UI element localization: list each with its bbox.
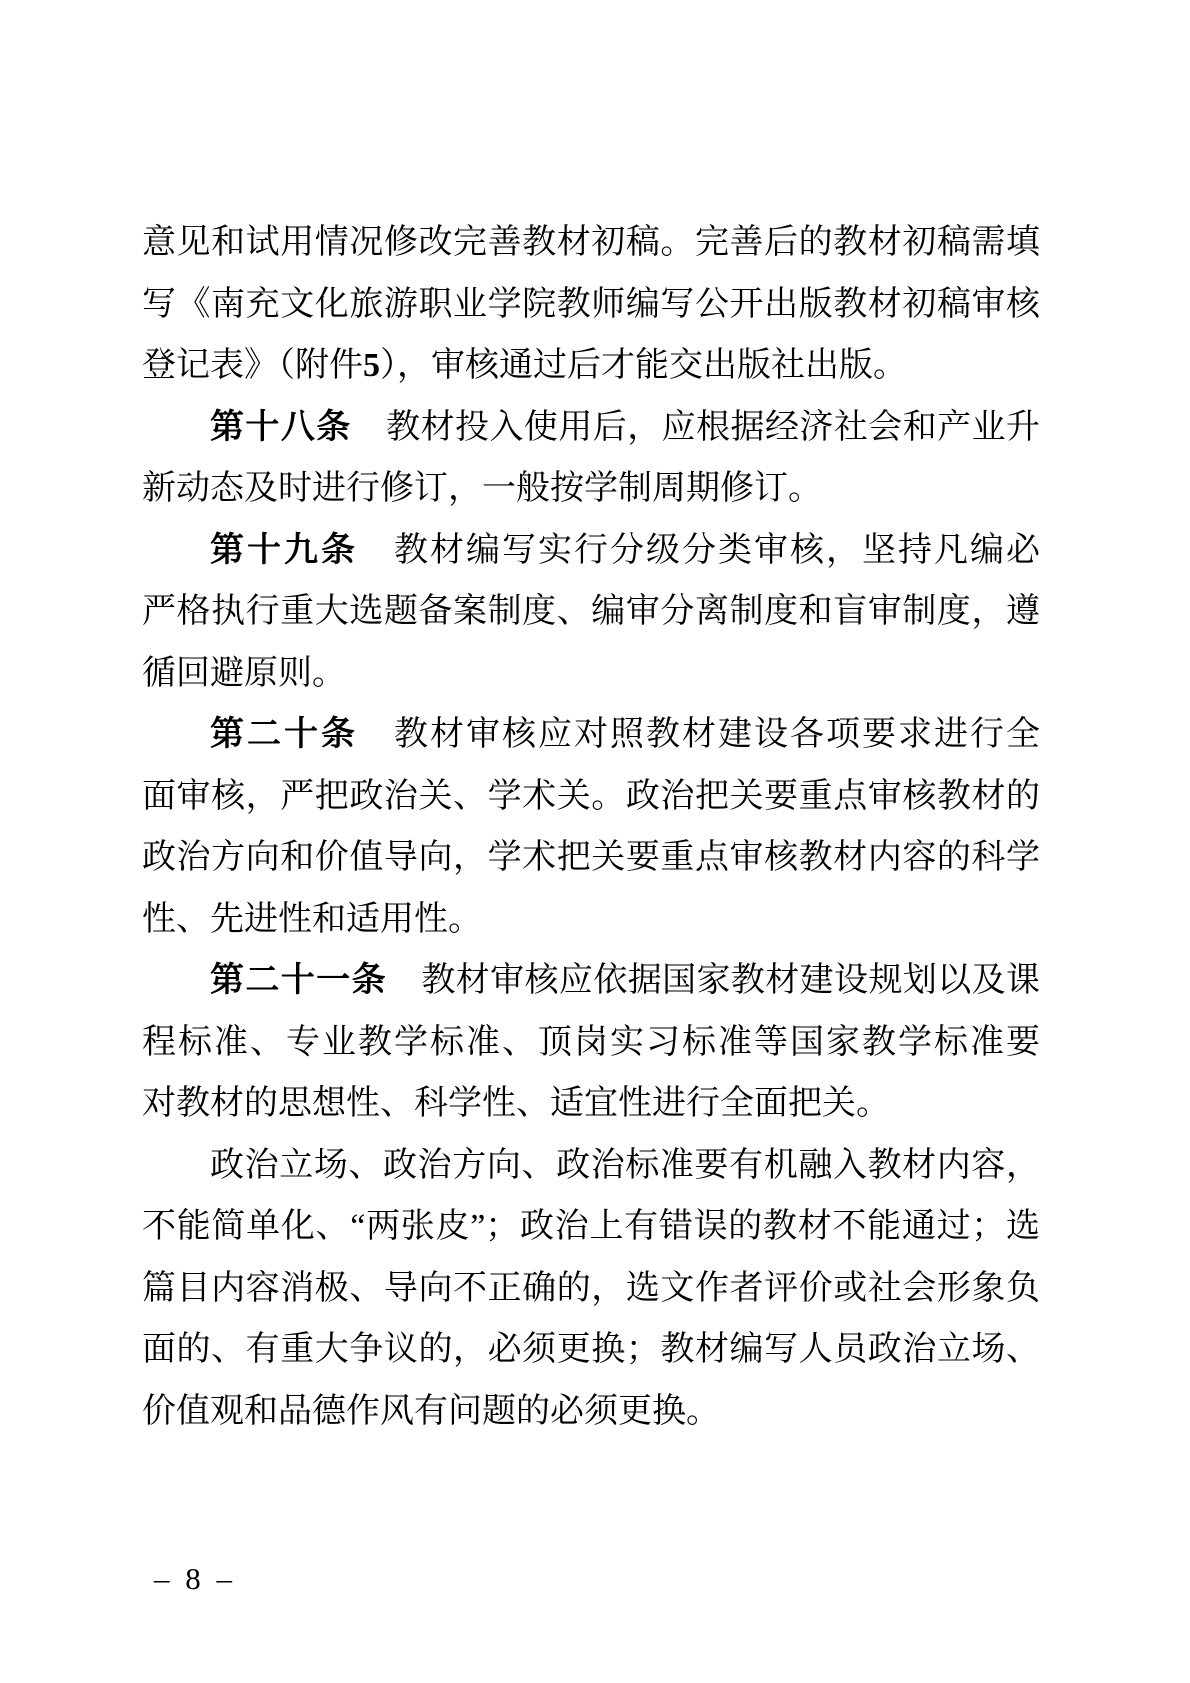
text-segment: 教材审核应对照教材建设各项要求进行全 [358, 716, 1040, 753]
document-body: 意见和试用情况修改完善教材初稿。完善后的教材初稿需填写《南充文化旅游职业学院教师… [142, 212, 1040, 1442]
text-line: 循回避原则。 [142, 643, 1040, 705]
text-segment: 循回避原则。 [142, 655, 346, 692]
document-page: 意见和试用情况修改完善教材初稿。完善后的教材初稿需填写《南充文化旅游职业学院教师… [0, 0, 1190, 1683]
page-footer: – 8 – [154, 1560, 232, 1598]
text-line: 政治方向和价值导向，学术把关要重点审核教材内容的科学 [142, 827, 1040, 889]
text-segment: 面审核，严把政治关、学术关。政治把关要重点审核教材的 [142, 778, 1040, 815]
text-segment: 程标准、专业教学标准、顶岗实习标准等国家教学标准要求， [142, 1024, 1040, 1074]
text-line: 第十八条 教材投入使用后，应根据经济社会和产业升级 [142, 397, 1040, 459]
text-line: 篇目内容消极、导向不正确的，选文作者评价或社会形象负 [142, 1258, 1040, 1320]
text-segment: 篇目内容消极、导向不正确的，选文作者评价或社会形象负 [142, 1270, 1040, 1307]
text-segment: 教材审核应依据国家教材建设规划以及课 [387, 962, 1040, 999]
text-line: 第二十条 教材审核应对照教材建设各项要求进行全 [142, 704, 1040, 766]
article-number: 第十九条 [210, 531, 358, 569]
text-segment: 意见和试用情况修改完善教材初稿。完善后的教材初稿需填 [142, 224, 1040, 261]
article-number: 第二十条 [210, 715, 358, 753]
text-line: 面的、有重大争议的，必须更换；教材编写人员政治立场、 [142, 1319, 1040, 1381]
text-line: 价值观和品德作风有问题的必须更换。 [142, 1381, 1040, 1443]
article-number: 第十八条 [210, 408, 352, 446]
text-line: 面审核，严把政治关、学术关。政治把关要重点审核教材的 [142, 766, 1040, 828]
text-line: 程标准、专业教学标准、顶岗实习标准等国家教学标准要求， [142, 1012, 1040, 1074]
text-segment: 5 [363, 347, 380, 384]
text-segment: ），审核通过后才能交出版社出版。 [380, 347, 907, 384]
text-line: 对教材的思想性、科学性、适宜性进行全面把关。 [142, 1073, 1040, 1135]
text-line: 性、先进性和适用性。 [142, 889, 1040, 951]
text-segment: 性、先进性和适用性。 [142, 901, 482, 938]
text-line: 写《南充文化旅游职业学院教师编写公开出版教材初稿审核 [142, 274, 1040, 336]
text-segment: 严格执行重大选题备案制度、编审分离制度和盲审制度，遵 [142, 593, 1040, 630]
text-line: 严格执行重大选题备案制度、编审分离制度和盲审制度，遵 [142, 581, 1040, 643]
page-number: – 8 – [154, 1561, 232, 1596]
text-line: 不能简单化、“两张皮”；政治上有错误的教材不能通过；选文 [142, 1196, 1040, 1258]
text-line: 第二十一条 教材审核应依据国家教材建设规划以及课 [142, 950, 1040, 1012]
text-segment: 新动态及时进行修订，一般按学制周期修订。 [142, 470, 822, 507]
text-segment: 政治立场、政治方向、政治标准要有机融入教材内容， [210, 1147, 1040, 1184]
text-line: 政治立场、政治方向、政治标准要有机融入教材内容， [142, 1135, 1040, 1197]
text-segment: 不能简单化、“两张皮”；政治上有错误的教材不能通过；选文 [142, 1208, 1040, 1258]
text-line: 登记表》（附件5），审核通过后才能交出版社出版。 [142, 335, 1040, 397]
text-segment: 面的、有重大争议的，必须更换；教材编写人员政治立场、 [142, 1331, 1040, 1368]
text-line: 第十九条 教材编写实行分级分类审核，坚持凡编必审。 [142, 520, 1040, 582]
text-line: 新动态及时进行修订，一般按学制周期修订。 [142, 458, 1040, 520]
text-segment: 写《南充文化旅游职业学院教师编写公开出版教材初稿审核 [142, 286, 1040, 323]
text-segment: 政治方向和价值导向，学术把关要重点审核教材内容的科学 [142, 839, 1040, 876]
text-segment: 对教材的思想性、科学性、适宜性进行全面把关。 [142, 1085, 890, 1122]
text-segment: 价值观和品德作风有问题的必须更换。 [142, 1393, 720, 1430]
text-segment: 登记表》（附件 [142, 347, 363, 384]
text-line: 意见和试用情况修改完善教材初稿。完善后的教材初稿需填 [142, 212, 1040, 274]
article-number: 第二十一条 [210, 961, 387, 999]
